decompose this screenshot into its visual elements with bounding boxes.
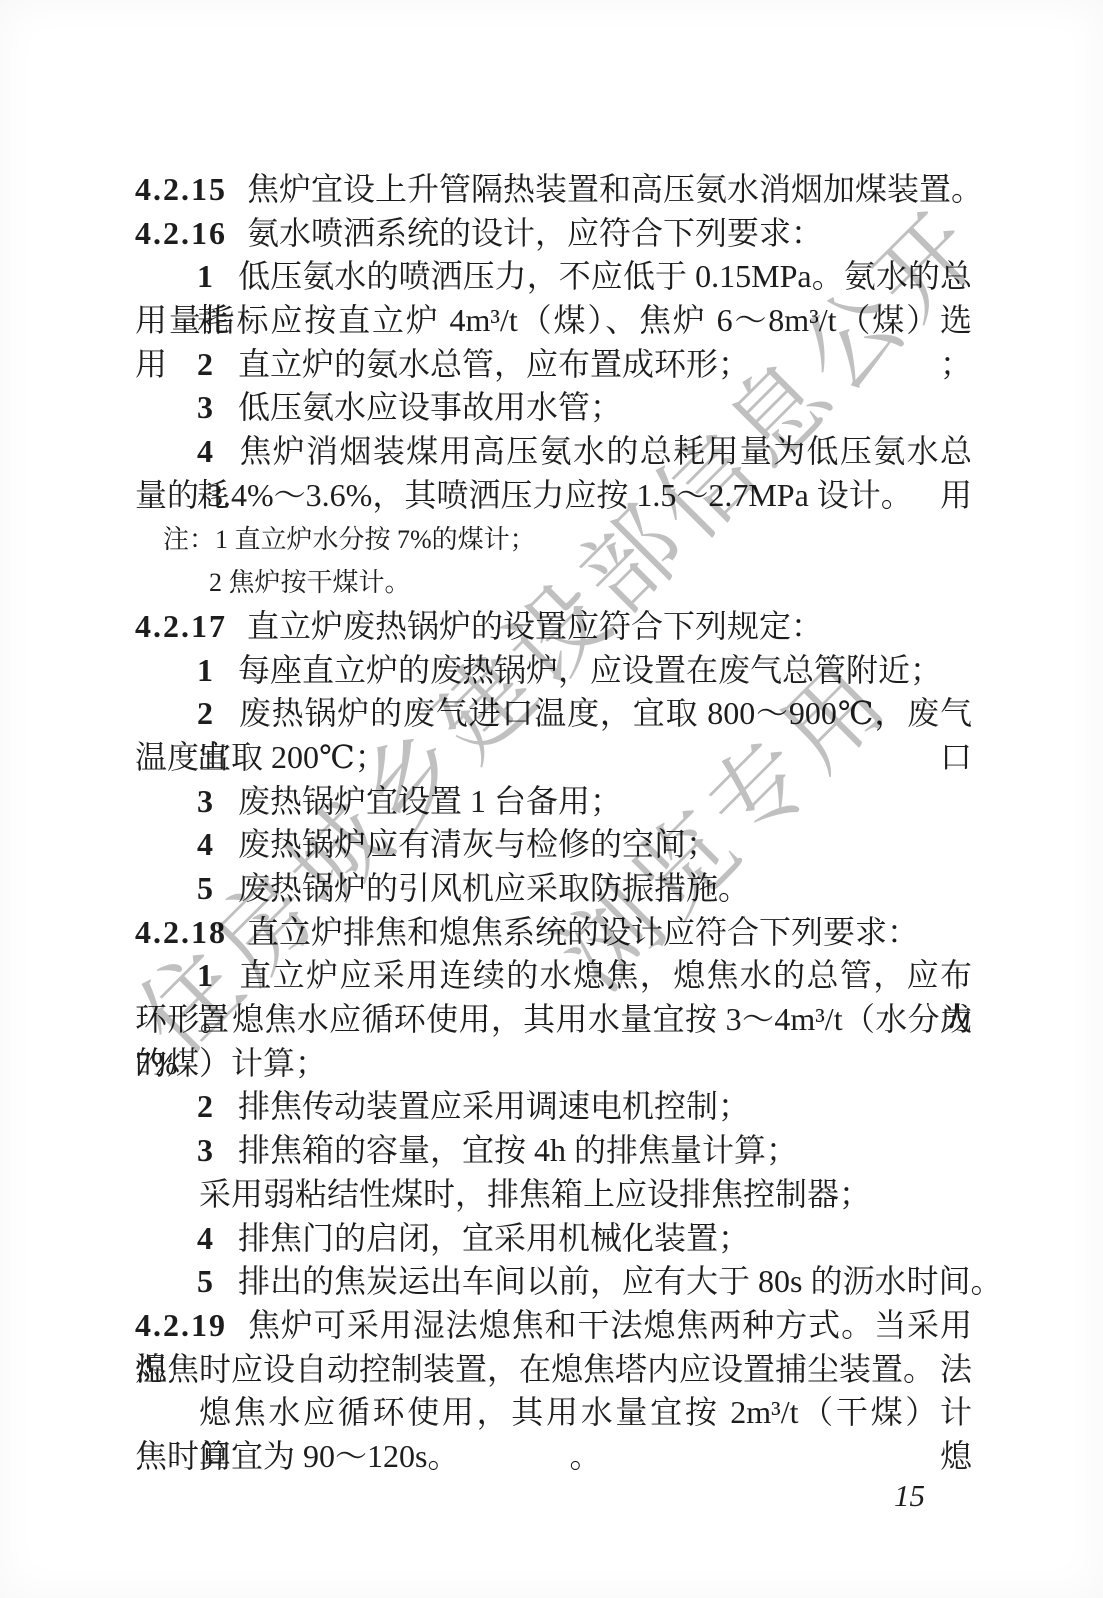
- text-line: 4.2.16氨水喷洒系统的设计，应符合下列要求：: [135, 212, 972, 256]
- line-text: 每座直立炉的废热锅炉，应设置在废气总管附近；: [238, 652, 942, 688]
- line-text: 焦炉宜设上升管隔热装置和高压氨水消烟加煤装置。: [247, 171, 983, 207]
- item-number: 2: [197, 1088, 213, 1124]
- item-number: 1: [197, 652, 213, 688]
- line-text: 氨水喷洒系统的设计，应符合下列要求：: [247, 215, 823, 251]
- text-line: 1低压氨水的喷洒压力，不应低于 0.15MPa。氨水的总耗: [135, 255, 972, 299]
- section-number: 4.2.16: [135, 215, 227, 251]
- item-number: 3: [197, 1132, 213, 1168]
- line-text: 废热锅炉应有清灰与检修的空间；: [238, 826, 718, 862]
- text-line: 2废热锅炉的废气进口温度，宜取 800～900℃，废气出口: [135, 692, 972, 736]
- text-line: 量的 3.4%～3.6%，其喷洒压力应按 1.5～2.7MPa 设计。: [135, 474, 972, 518]
- line-text: 排焦箱的容量，宜按 4h 的排焦量计算；: [238, 1132, 798, 1168]
- item-number: 3: [197, 389, 213, 425]
- text-line: 5排出的焦炭运出车间以前，应有大于 80s 的沥水时间。: [135, 1260, 972, 1304]
- document-page: 住房城乡建设部信息公开 浏览专用 4.2.15焦炉宜设上升管隔热装置和高压氨水消…: [0, 0, 1103, 1598]
- line-text: 的煤）计算；: [135, 1045, 327, 1081]
- text-line: 2 焦炉按干煤计。: [135, 561, 972, 605]
- section-number: 4.2.17: [135, 608, 227, 644]
- text-line: 3低压氨水应设事故用水管；: [135, 386, 972, 430]
- line-text: 直立炉排焦和熄焦系统的设计应符合下列要求：: [247, 914, 919, 950]
- item-number: 5: [197, 870, 213, 906]
- line-text: 量的 3.4%～3.6%，其喷洒压力应按 1.5～2.7MPa 设计。: [135, 477, 913, 513]
- text-line: 4.2.15焦炉宜设上升管隔热装置和高压氨水消烟加煤装置。: [135, 168, 972, 212]
- line-text: 采用弱粘结性煤时，排焦箱上应设排焦控制器；: [199, 1176, 871, 1212]
- text-line: 4排焦门的启闭，宜采用机械化装置；: [135, 1217, 972, 1261]
- line-text: 排出的焦炭运出车间以前，应有大于 80s 的沥水时间。: [238, 1263, 1002, 1299]
- line-text: 温度宜取 200℃；: [135, 739, 387, 775]
- text-line: 的煤）计算；: [135, 1042, 972, 1086]
- line-text: 2 焦炉按干煤计。: [209, 568, 411, 597]
- item-number: 2: [197, 695, 213, 731]
- section-number: 4.2.18: [135, 914, 227, 950]
- line-text: 排焦门的启闭，宜采用机械化装置；: [238, 1220, 750, 1256]
- text-line: 熄焦时应设自动控制装置，在熄焦塔内应设置捕尘装置。: [135, 1348, 972, 1392]
- line-text: 直立炉废热锅炉的设置应符合下列规定：: [247, 608, 823, 644]
- item-number: 1: [197, 258, 213, 294]
- line-text: 废热锅炉的引风机应采取防振措施。: [238, 870, 750, 906]
- line-text: 低压氨水应设事故用水管；: [238, 389, 622, 425]
- text-line: 熄焦水应循环使用，其用水量宜按 2m³/t（干煤）计算。熄: [135, 1391, 972, 1435]
- text-line: 1每座直立炉的废热锅炉，应设置在废气总管附近；: [135, 649, 972, 693]
- text-line: 注：1 直立炉水分按 7%的煤计；: [135, 518, 972, 562]
- text-line: 1直立炉应采用连续的水熄焦，熄焦水的总管，应布置成: [135, 954, 972, 998]
- item-number: 4: [197, 1220, 213, 1256]
- text-line: 4焦炉消烟装煤用高压氨水的总耗用量为低压氨水总耗用: [135, 430, 972, 474]
- text-block: 4.2.15焦炉宜设上升管隔热装置和高压氨水消烟加煤装置。4.2.16氨水喷洒系…: [135, 168, 972, 1479]
- text-line: 用量指标应按直立炉 4m³/t（煤）、焦炉 6～8m³/t（煤）选用；: [135, 299, 972, 343]
- item-number: 3: [197, 783, 213, 819]
- text-line: 4.2.17直立炉废热锅炉的设置应符合下列规定：: [135, 605, 972, 649]
- line-text: 注：1 直立炉水分按 7%的煤计；: [163, 525, 536, 554]
- section-number: 4.2.15: [135, 171, 227, 207]
- text-line: 3废热锅炉宜设置 1 台备用；: [135, 780, 972, 824]
- text-line: 5废热锅炉的引风机应采取防振措施。: [135, 867, 972, 911]
- line-text: 排焦传动装置应采用调速电机控制；: [238, 1088, 750, 1124]
- item-number: 2: [197, 346, 213, 382]
- text-line: 4.2.18直立炉排焦和熄焦系统的设计应符合下列要求：: [135, 911, 972, 955]
- line-text: 熄焦时应设自动控制装置，在熄焦塔内应设置捕尘装置。: [135, 1351, 935, 1387]
- text-line: 2排焦传动装置应采用调速电机控制；: [135, 1085, 972, 1129]
- section-number: 4.2.19: [135, 1307, 227, 1343]
- item-number: 1: [197, 957, 213, 993]
- line-text: 废热锅炉宜设置 1 台备用；: [238, 783, 622, 819]
- line-text: 焦时间宜为 90～120s。: [135, 1438, 459, 1474]
- text-line: 4废热锅炉应有清灰与检修的空间；: [135, 823, 972, 867]
- page-number: 15: [795, 1478, 925, 1514]
- text-line: 环形。熄焦水应循环使用，其用水量宜按 3～4m³/t（水分为 7%: [135, 998, 972, 1042]
- item-number: 5: [197, 1263, 213, 1299]
- text-line: 4.2.19焦炉可采用湿法熄焦和干法熄焦两种方式。当采用湿法: [135, 1304, 972, 1348]
- item-number: 4: [197, 826, 213, 862]
- line-text: 直立炉的氨水总管，应布置成环形；: [238, 346, 750, 382]
- item-number: 4: [197, 433, 213, 469]
- text-line: 3排焦箱的容量，宜按 4h 的排焦量计算；: [135, 1129, 972, 1173]
- text-line: 采用弱粘结性煤时，排焦箱上应设排焦控制器；: [135, 1173, 972, 1217]
